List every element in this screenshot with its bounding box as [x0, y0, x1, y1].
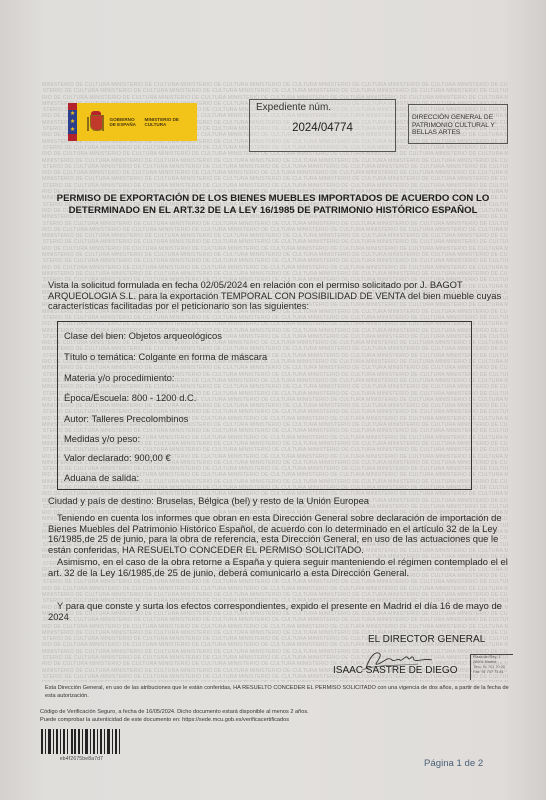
- expediente-number: 2024/04774: [250, 122, 395, 134]
- logo-ministerio-text: MINISTERIO DE CULTURA: [145, 117, 197, 128]
- field-autor: Autor: Talleres Precolombinos: [64, 413, 188, 424]
- field-epoca: Época/Escuela: 800 - 1200 d.C.: [64, 392, 196, 403]
- csv-line-1: Código de Verificación Seguro, a fecha d…: [40, 708, 440, 716]
- resolution-paragraph: Teniendo en cuenta los informes que obra…: [48, 513, 508, 556]
- page-number: Página 1 de 2: [424, 758, 483, 769]
- field-titulo: Título o temática: Colgante en forma de …: [64, 351, 267, 362]
- destination-line: Ciudad y país de destino: Bruselas, Bélg…: [48, 495, 369, 506]
- verification-info: Código de Verificación Seguro, a fecha d…: [40, 708, 440, 725]
- barcode-icon: [41, 729, 122, 754]
- field-medidas: Medidas y/o peso:: [64, 433, 140, 444]
- field-valor: Valor declarado: 900,00 €: [64, 452, 171, 463]
- coat-of-arms-icon: [87, 111, 103, 133]
- intro-paragraph: Vista la solicitud formulada en fecha 02…: [48, 280, 508, 312]
- eu-flag-strip-icon: ★★★: [68, 103, 77, 141]
- address-line: Fax: 91 707 73 81: [473, 670, 513, 675]
- legal-note: Esta Dirección General, en uso de las at…: [45, 684, 515, 700]
- government-logo: ★★★ GOBIERNO DE ESPAÑA MINISTERIO DE CUL…: [68, 103, 197, 141]
- return-paragraph: Asimismo, en el caso de la obra retorne …: [48, 557, 508, 578]
- direccion-general-text: DIRECCIÓN GENERAL DE PATRIMONIO CULTURAL…: [412, 114, 507, 137]
- logo-gobierno-text: GOBIERNO DE ESPAÑA: [110, 117, 141, 128]
- field-clase: Clase del bien: Objetos arqueológicos: [64, 330, 222, 341]
- expediente-label: Expediente núm.: [256, 102, 331, 113]
- signatory-name: ISAAC SASTRE DE DIEGO: [333, 665, 457, 676]
- field-materia: Materia y/o procedimiento:: [64, 372, 174, 383]
- document-title: PERMISO DE EXPORTACIÓN DE LOS BIENES MUE…: [50, 193, 496, 216]
- item-details-box: Clase del bien: Objetos arqueológicos Tí…: [57, 321, 472, 490]
- field-aduana: Aduana de salida:: [64, 472, 139, 483]
- issuance-paragraph: Y para que conste y surta los efectos co…: [48, 601, 508, 622]
- barcode-code: eb4f2675be8a7d7: [41, 756, 122, 762]
- address-box: Plaza del Rey, 1 28004 Madrid Tfno: 91 7…: [470, 654, 513, 680]
- csv-line-2: Puede comprobar la autenticidad de este …: [40, 716, 440, 724]
- direccion-general-box: DIRECCIÓN GENERAL DE PATRIMONIO CULTURAL…: [408, 104, 508, 144]
- expediente-box: Expediente núm. 2024/04774: [249, 99, 396, 152]
